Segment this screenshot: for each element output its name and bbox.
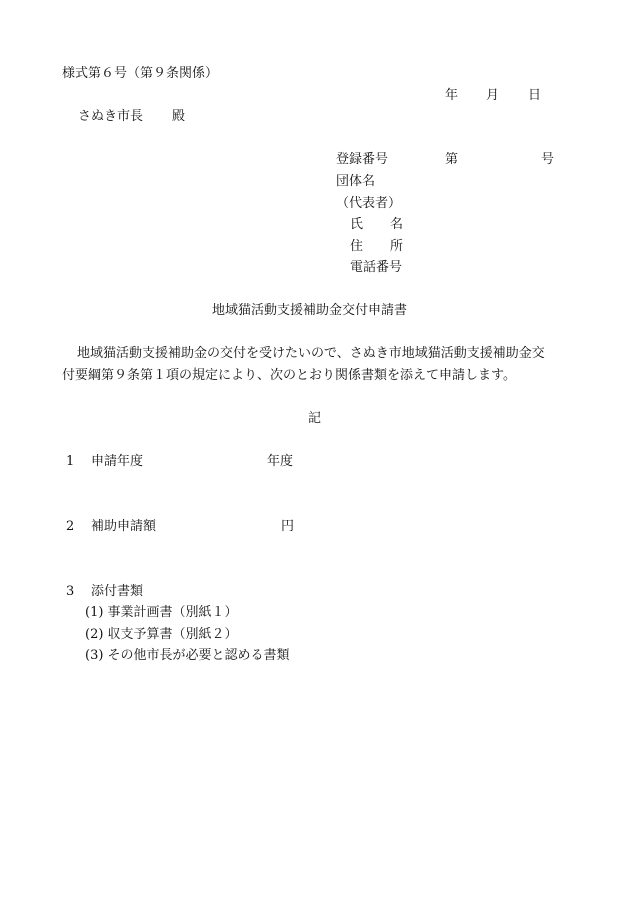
document-title: 地域猫活動支援補助金交付申請書 xyxy=(212,303,407,319)
item-1-number: 1 xyxy=(66,454,74,470)
item-2-unit: 円 xyxy=(281,519,294,535)
item-1-unit: 年度 xyxy=(267,454,293,470)
addressee-name: さぬき市長 xyxy=(78,109,143,125)
ki-heading: 記 xyxy=(308,411,321,427)
registration-label: 登録番号 xyxy=(336,152,388,168)
address-label-2: 所 xyxy=(390,239,403,255)
name-label-2: 名 xyxy=(390,217,403,233)
address-label-1: 住 xyxy=(350,239,363,255)
form-number: 様式第６号（第９条関係） xyxy=(62,66,218,82)
date-year: 年 xyxy=(445,88,458,104)
item-3-number: 3 xyxy=(66,584,74,600)
date-month: 月 xyxy=(486,88,499,104)
body-line-1: 地域猫活動支援補助金の交付を受けたいので、さぬき市地域猫活動支援補助金交 xyxy=(77,346,545,362)
attachment-2: (2) 収支予算書（別紙２） xyxy=(85,627,238,643)
registration-prefix: 第 xyxy=(445,152,458,168)
registration-suffix: 号 xyxy=(541,152,554,168)
name-label-1: 氏 xyxy=(350,217,363,233)
attachment-1: (1) 事業計画書（別紙１） xyxy=(85,605,238,621)
item-2-number: 2 xyxy=(66,519,74,535)
addressee-honorific: 殿 xyxy=(172,109,185,125)
group-name-label: 団体名 xyxy=(336,174,375,190)
date-day: 日 xyxy=(528,88,541,104)
representative-label: （代表者） xyxy=(336,196,401,212)
item-1-label: 申請年度 xyxy=(91,454,143,470)
item-2-label: 補助申請額 xyxy=(91,519,156,535)
body-line-2: 付要綱第９条第１項の規定により、次のとおり関係書類を添えて申請します。 xyxy=(62,368,516,384)
attachment-3: (3) その他市長が必要と認める書類 xyxy=(85,648,290,664)
item-3-label: 添付書類 xyxy=(91,584,143,600)
phone-label: 電話番号 xyxy=(350,260,402,276)
